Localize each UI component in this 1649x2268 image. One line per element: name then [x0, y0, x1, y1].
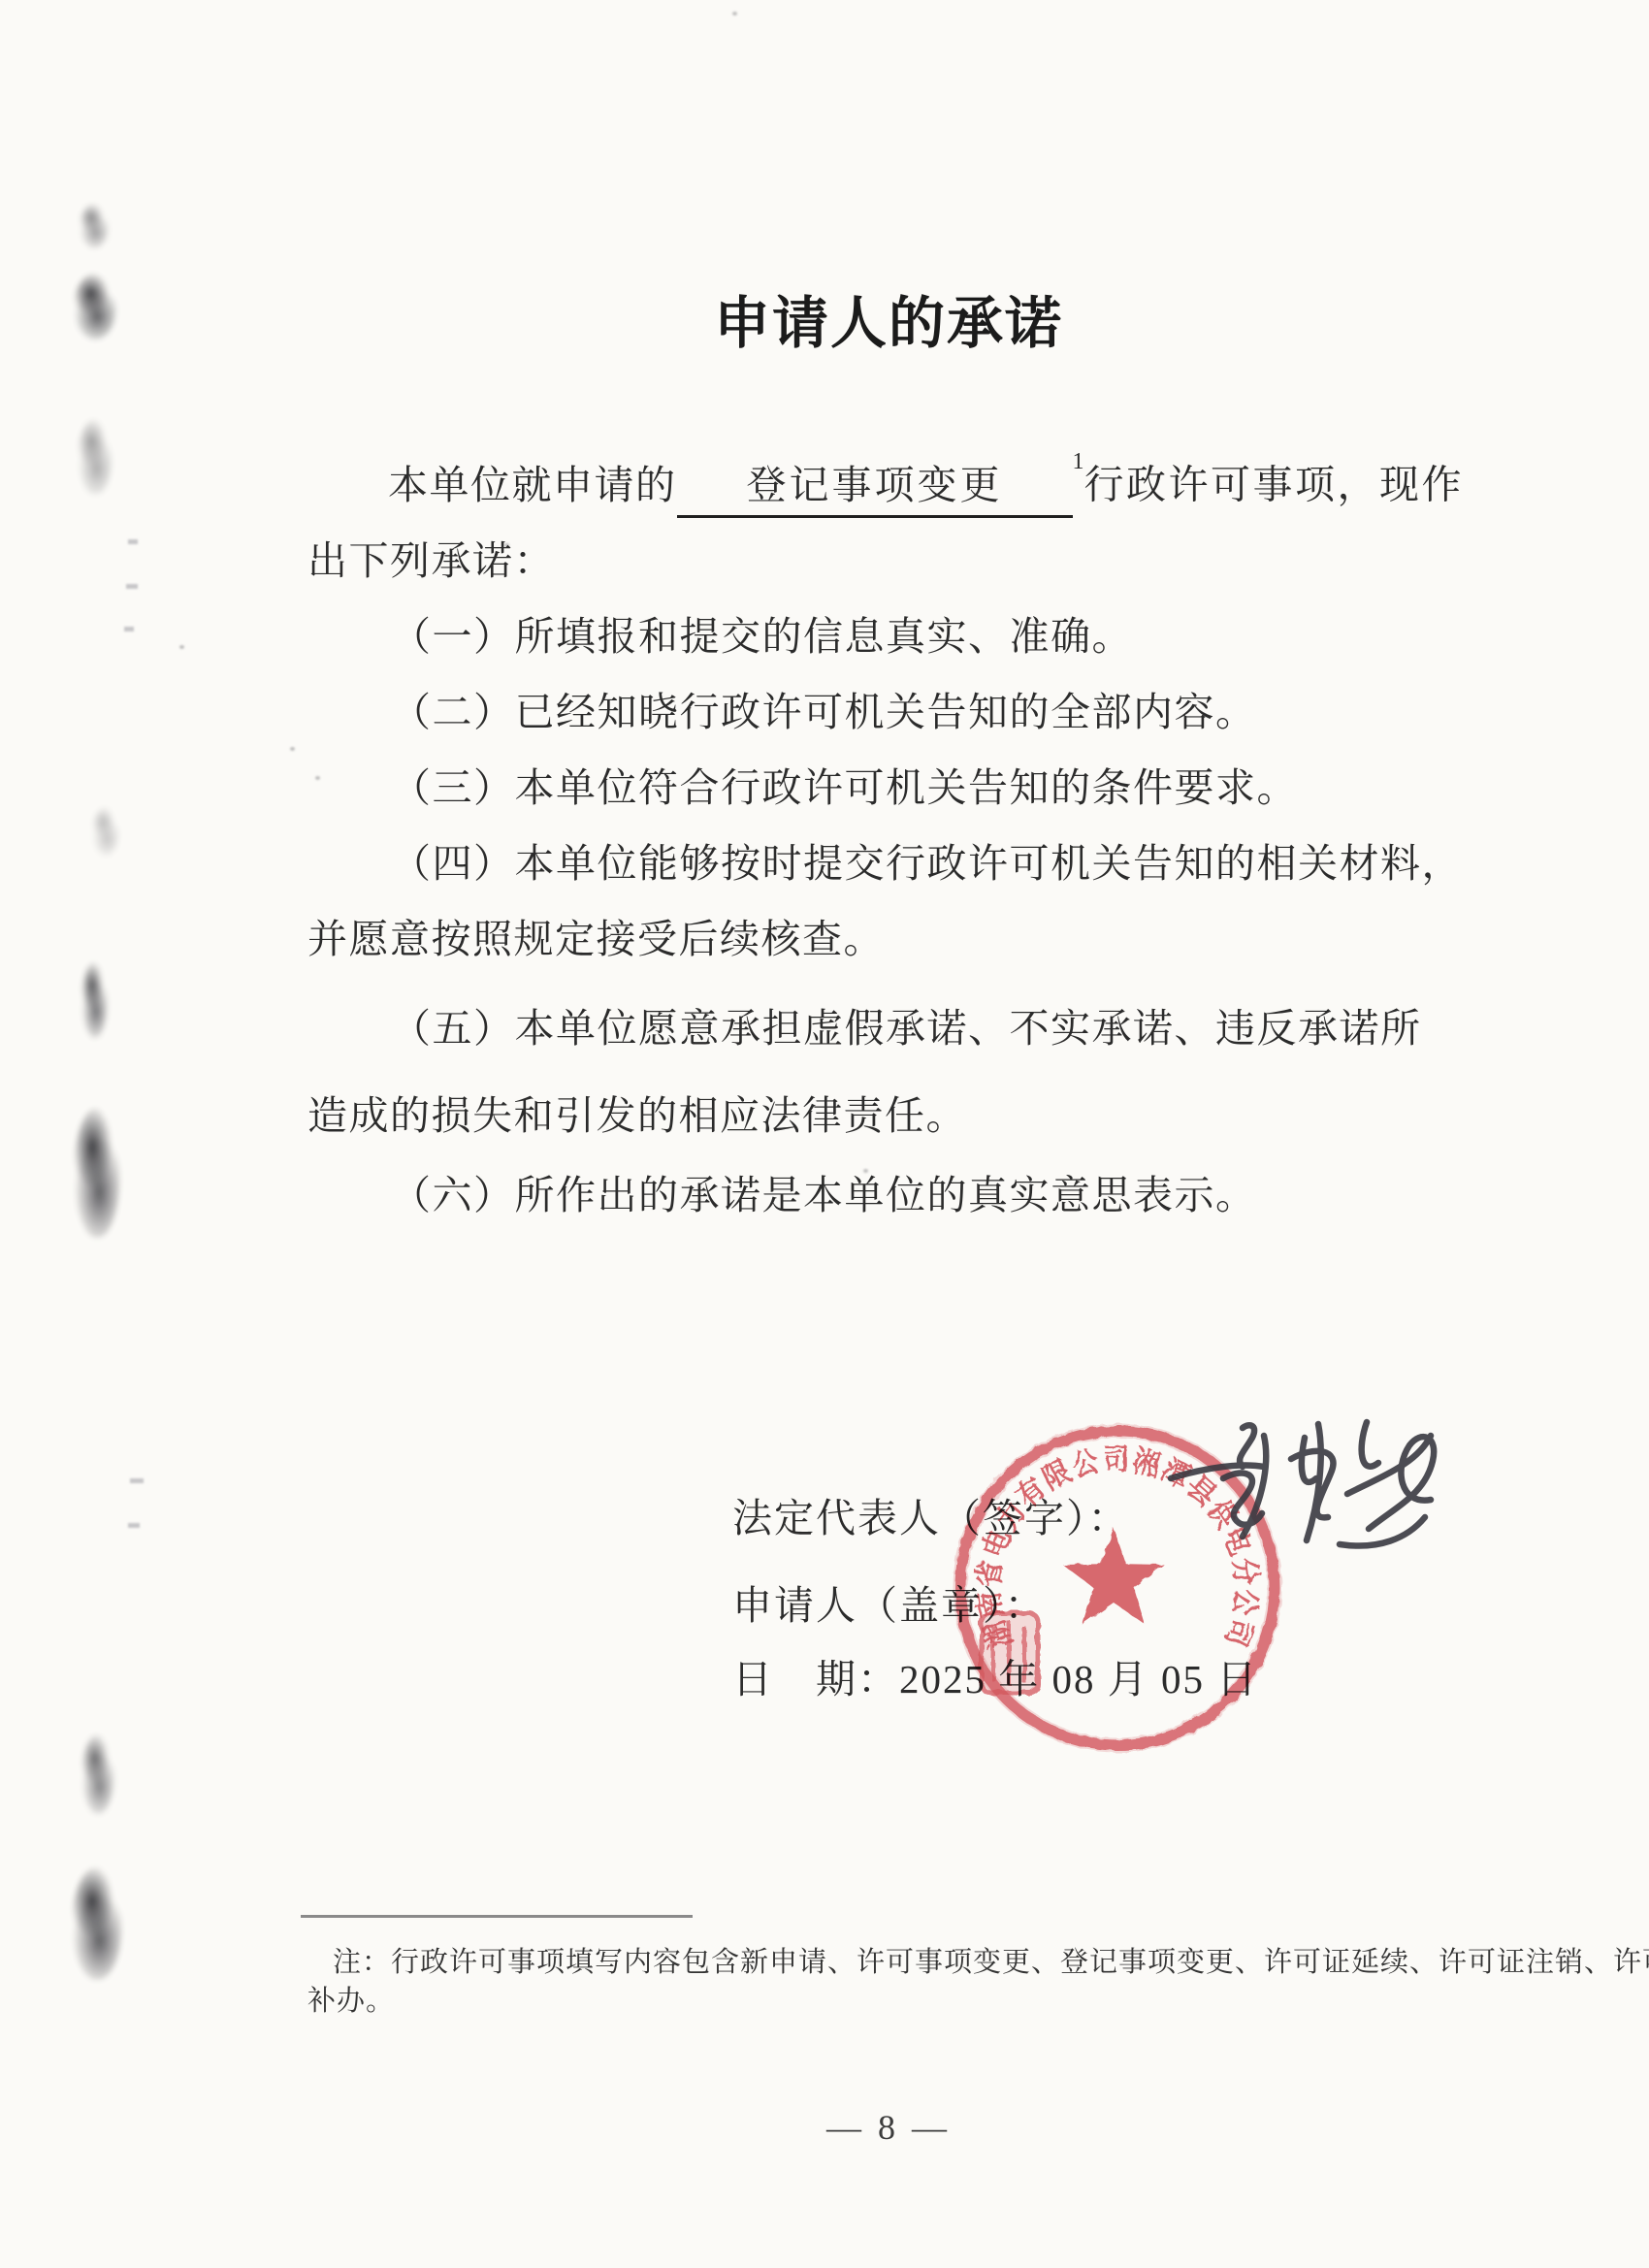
intro-prefix: 本单位就申请的: [307, 463, 677, 507]
scan-smudge: [78, 419, 113, 495]
commitment-line-2: （二）已经知晓行政许可机关告知的全部内容。: [307, 687, 1613, 737]
scan-smudge: [80, 204, 109, 248]
commitment-line-6: （六）所作出的承诺是本单位的真实意思表示。: [307, 1170, 1613, 1220]
scan-tick: [124, 627, 134, 632]
scan-smudge: [74, 274, 116, 340]
intro-line: 本单位就申请的登记事项变更1行政许可事项，现作: [307, 452, 1530, 518]
scan-smudge: [81, 962, 108, 1038]
footnote-line-1: 注：行政许可事项填写内容包含新申请、许可事项变更、登记事项变更、许可证延续、许可…: [307, 1940, 1536, 1980]
scan-tick: [128, 539, 138, 544]
scan-smudge: [81, 1734, 114, 1814]
scan-tick: [130, 1478, 144, 1483]
page-number: — 8 —: [307, 2107, 1470, 2148]
footnote-line-2: 补办。: [307, 1979, 1510, 2019]
document-title: 申请人的承诺: [307, 277, 1470, 359]
intro-after-blank: 行政许可事项，现作: [1084, 463, 1465, 507]
commitment-line-1: （一）所填报和提交的信息真实、准确。: [307, 611, 1613, 662]
scan-speck: [179, 645, 184, 649]
scan-smudge: [92, 807, 119, 856]
scan-tick: [128, 1523, 140, 1528]
footnote-ref-superscript: 1: [1073, 449, 1084, 474]
commitment-line-3: （三）本单位符合行政许可机关告知的条件要求。: [307, 762, 1613, 813]
intro-wrap-line: 出下列承诺：: [307, 535, 1530, 586]
scan-speck: [290, 747, 295, 751]
commitment-line-5: （五）本单位愿意承担虚假承诺、不实承诺、违反承诺所: [307, 1003, 1613, 1053]
application-type-value: 登记事项变更: [747, 463, 1003, 507]
commitment-line-4-wrap: 并愿意按照规定接受后续核查。: [307, 914, 1530, 964]
application-type-blank: 登记事项变更: [677, 460, 1073, 518]
scan-tick: [126, 584, 138, 589]
seal-overprint-artifact: [982, 1613, 1038, 1693]
scan-speck: [732, 12, 737, 16]
scan-smudge: [74, 1108, 120, 1238]
scanned-document-page: 申请人的承诺 本单位就申请的登记事项变更1行政许可事项，现作 出下列承诺： （一…: [0, 0, 1649, 2268]
handwritten-signature: [1149, 1385, 1440, 1570]
commitment-line-4: （四）本单位能够按时提交行政许可机关告知的相关材料，: [307, 838, 1613, 889]
date-label: 日 期：: [732, 1657, 899, 1701]
commitment-line-5-wrap: 造成的损失和引发的相应法律责任。: [307, 1090, 1530, 1141]
scan-smudge: [72, 1867, 122, 1980]
footnote-separator: [301, 1915, 693, 1918]
